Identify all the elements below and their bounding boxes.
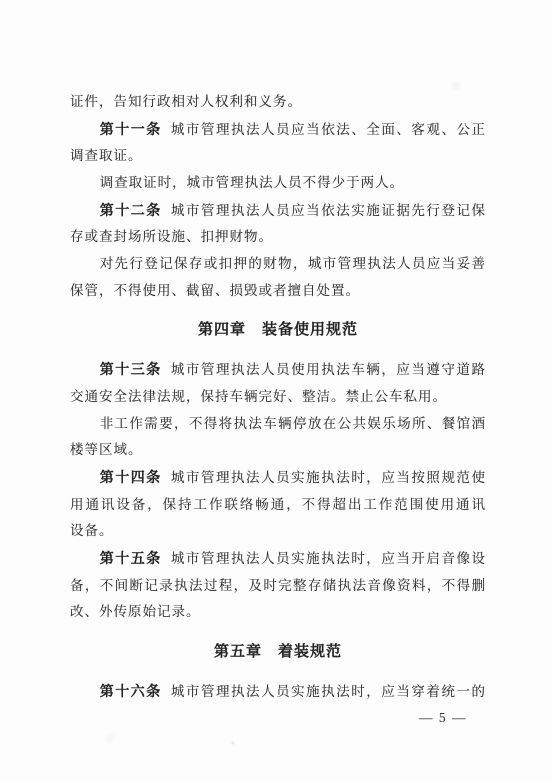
body-line: 设备。 <box>70 518 486 545</box>
line-text: 城市管理执法人员应当依法实施证据先行登记保 <box>171 203 486 218</box>
body-line: 第十六条城市管理执法人员实施执法时，应当穿着统一的 <box>70 678 486 706</box>
page-number: — 5 — <box>70 705 467 732</box>
body-line: 第十二条城市管理执法人员应当依法实施证据先行登记保 <box>70 197 486 225</box>
document-page: 证件，告知行政相对人权利和义务。 第十一条城市管理执法人员应当依法、全面、客观、… <box>0 0 553 782</box>
article-number: 第十一条 <box>100 121 162 137</box>
line-text: 城市管理执法人员实施执法时，应当开启音像设 <box>171 551 486 566</box>
body-line: 非工作需要，不得将执法车辆停放在公共娱乐场所、餐馆酒 <box>70 411 486 438</box>
chapter-4-heading: 第四章 装备使用规范 <box>70 316 486 343</box>
body-line: 对先行登记保存或扣押的财物，城市管理执法人员应当妥善 <box>70 251 486 278</box>
article-number: 第十三条 <box>100 361 162 377</box>
chapter-5-heading: 第五章 着装规范 <box>70 638 486 665</box>
body-line: 保管，不得使用、截留、损毁或者擅自处置。 <box>70 278 486 305</box>
body-line: 改、外传原始记录。 <box>70 599 486 626</box>
article-number: 第十六条 <box>100 683 162 699</box>
body-line: 调查取证。 <box>70 143 486 170</box>
body-line: 第十五条城市管理执法人员实施执法时，应当开启音像设 <box>70 545 486 573</box>
article-number: 第十四条 <box>100 469 162 485</box>
line-text: 城市管理执法人员应当依法、全面、客观、公正 <box>171 122 486 137</box>
body-line: 第十一条城市管理执法人员应当依法、全面、客观、公正 <box>70 116 486 144</box>
body-line: 备，不间断记录执法过程，及时完整存储执法音像资料，不得删 <box>70 573 486 600</box>
body-line: 楼等区域。 <box>70 437 486 464</box>
line-text: 城市管理执法人员使用执法车辆，应当遵守道路 <box>171 362 486 377</box>
body-line: 调查取证时，城市管理执法人员不得少于两人。 <box>70 170 486 197</box>
body-line: 用通讯设备，保持工作联络畅通，不得超出工作范围使用通讯 <box>70 492 486 519</box>
body-line: 第十三条城市管理执法人员使用执法车辆，应当遵守道路 <box>70 356 486 384</box>
body-line: 交通安全法律法规，保持车辆完好、整洁。禁止公车私用。 <box>70 384 486 411</box>
article-number: 第十五条 <box>100 550 162 566</box>
body-line: 第十四条城市管理执法人员实施执法时，应当按照规范使 <box>70 464 486 492</box>
body-line: 证件，告知行政相对人权利和义务。 <box>70 89 486 116</box>
line-text: 城市管理执法人员实施执法时，应当穿着统一的 <box>171 684 486 699</box>
line-text: 城市管理执法人员实施执法时，应当按照规范使 <box>171 470 486 485</box>
body-line: 存或查封场所设施、扣押财物。 <box>70 224 486 251</box>
article-number: 第十二条 <box>100 202 162 218</box>
